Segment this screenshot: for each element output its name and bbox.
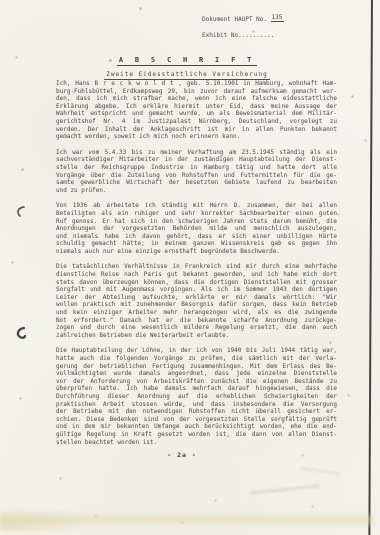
text-line: Ruf genoss. Er hat sich in den schwierig… [56, 218, 337, 226]
paragraph: Die Hauptabteilung der Löhne, in der ich… [56, 347, 337, 446]
subtitle-row: Zweite Eidesstattliche Versicherung [0, 61, 374, 80]
exhibit-number-line: Exhibit No.......... [202, 28, 342, 44]
text-line: und kein einziger Arbeiter mehr herangez… [56, 309, 337, 317]
paragraph: Von 1936 ab arbeitete ich ständig mit He… [56, 202, 337, 255]
text-line: gerung der betrieblichen Fertigung zusam… [56, 363, 337, 371]
scanned-document-page: Dokument HAUPT No. 135 Exhibit No.......… [0, 0, 380, 535]
text-line: Ich, Hans B r e c k w o l d t , geb. 5.1… [56, 80, 337, 88]
paragraph: Ich, Hans B r e c k w o l d t , geb. 5.1… [56, 80, 337, 141]
text-line: der Betriebe mit den notwendigen Rohstof… [56, 408, 337, 416]
text-line: samte gewerbliche Wirtschaft der besetzt… [56, 179, 337, 187]
text-line: Von 1936 ab arbeitete ich ständig mit He… [56, 202, 337, 210]
page-number: - 2a - [160, 451, 204, 459]
text-line: Durchführung dieser Anordnung auf die er… [56, 393, 337, 401]
text-line: gerichtshof Nr. 4 im Justizpalast Nürnbe… [56, 118, 337, 126]
text-line: zahlreichen Betrieben die Weiterarbeit e… [56, 332, 337, 340]
text-line: Vorgänge über die Zuteilung von Rohstoff… [56, 172, 337, 180]
text-line: Not erfordert." Danach hat er die bekann… [56, 317, 337, 325]
text-line: Die Hauptabteilung der Löhne, in der ich… [56, 347, 337, 355]
text-line: Anordnungen der vorgesetzten Behörden mi… [56, 225, 337, 233]
text-line: sachverständiger Mitarbeiter in der zust… [56, 156, 337, 164]
text-line: Erklärung abgebe. Ich erkläre hiermit un… [56, 103, 337, 111]
text-line: überprüfen hatte. Ich habe damals mehrfa… [56, 385, 337, 393]
text-line: vollmächtigten wurde damals angeordnet, … [56, 370, 337, 378]
text-line: Sorgfalt und mit Augenmass vorgingen. Al… [56, 286, 337, 294]
text-line: stets davon überzeugen können, dass die … [56, 279, 337, 287]
text-line: Leiter der Abteilung aufsuchte, erklärte… [56, 294, 337, 302]
text-line: vor der Anforderung von Arbeitskräften z… [56, 378, 337, 386]
text-line: schien. Diese Bedenken sind von der vorg… [56, 416, 337, 424]
typewritten-content: Dokument HAUPT No. 135 Exhibit No.......… [0, 0, 380, 535]
text-line: praktischen Arbeit stossen würde, und da… [56, 401, 337, 409]
text-line: zogen und durch eine wesentlich mildere … [56, 324, 337, 332]
text-line: und niemals habe ich davon gehört, dass … [56, 233, 337, 241]
document-body: Ich, Hans B r e c k w o l d t , geb. 5.1… [56, 80, 337, 454]
text-line: werden. Der Inhalt der Anklageschrift is… [56, 126, 337, 134]
text-line: hatte auch die folgenden Vorgänge zu prü… [56, 355, 337, 363]
text-line: wollen praktisch mit zunehmender Besorgn… [56, 301, 337, 309]
text-line: Beteiligten als ein ruhiger und sehr kor… [56, 210, 337, 218]
text-line: stelle der Reichsgruppe Industrie in Ham… [56, 164, 337, 172]
document-number-value: 135 [271, 14, 284, 22]
text-line: Ich war vom 5.4.33 bis zu meiner Verhaft… [56, 149, 337, 157]
document-subtitle: Zweite Eidesstattliche Versicherung [104, 71, 269, 80]
text-line: dienstliche Reise nach Paris gut bekannt… [56, 271, 337, 279]
text-line: stellen beachtet worden ist. [56, 439, 337, 447]
document-number-label: Dokument HAUPT No. [202, 16, 267, 23]
paragraph: Die tatsächlichen Verhältnisse in Frankr… [56, 263, 337, 339]
document-number-line: Dokument HAUPT No. 135 [202, 12, 342, 28]
text-line: burg-Fuhlsbüttel, Erdkampsweg 29, bin zu… [56, 88, 337, 96]
text-line: gemacht worden, soweit ich mich noch eri… [56, 133, 337, 141]
text-line: gültige Regelung in Kraft gesetzt worden… [56, 431, 337, 439]
text-line: schuldig gemacht hätte; in meinem ganzen… [56, 240, 337, 248]
text-line: Die tatsächlichen Verhältnisse in Frankr… [56, 263, 337, 271]
text-line: Wahrheit entspricht und gemacht wurde, u… [56, 110, 337, 118]
paragraph: Ich war vom 5.4.33 bis zu meiner Verhaft… [56, 149, 337, 195]
text-line: niemals auch nur eine einzige ernsthaft … [56, 248, 337, 256]
text-line: und in dem mir bekannten Umfange auch be… [56, 423, 337, 431]
text-line: und zu prüfen. [56, 187, 337, 195]
document-header: Dokument HAUPT No. 135 Exhibit No.......… [202, 12, 342, 44]
text-line: den, dass ich mich strafbar mache, wenn … [56, 95, 337, 103]
